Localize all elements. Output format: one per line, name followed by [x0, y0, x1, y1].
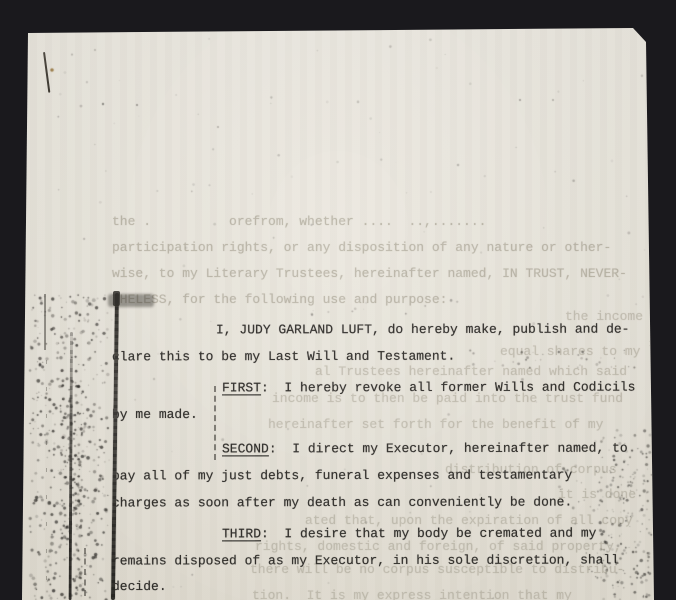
scan-noise-speckles — [0, 0, 676, 600]
photo-background: the . orefrom, whether .... ..,....... p… — [0, 0, 676, 600]
paper-sheet: the . orefrom, whether .... ..,....... p… — [0, 0, 676, 600]
ghost-text-fragment: 14 — [649, 337, 660, 352]
